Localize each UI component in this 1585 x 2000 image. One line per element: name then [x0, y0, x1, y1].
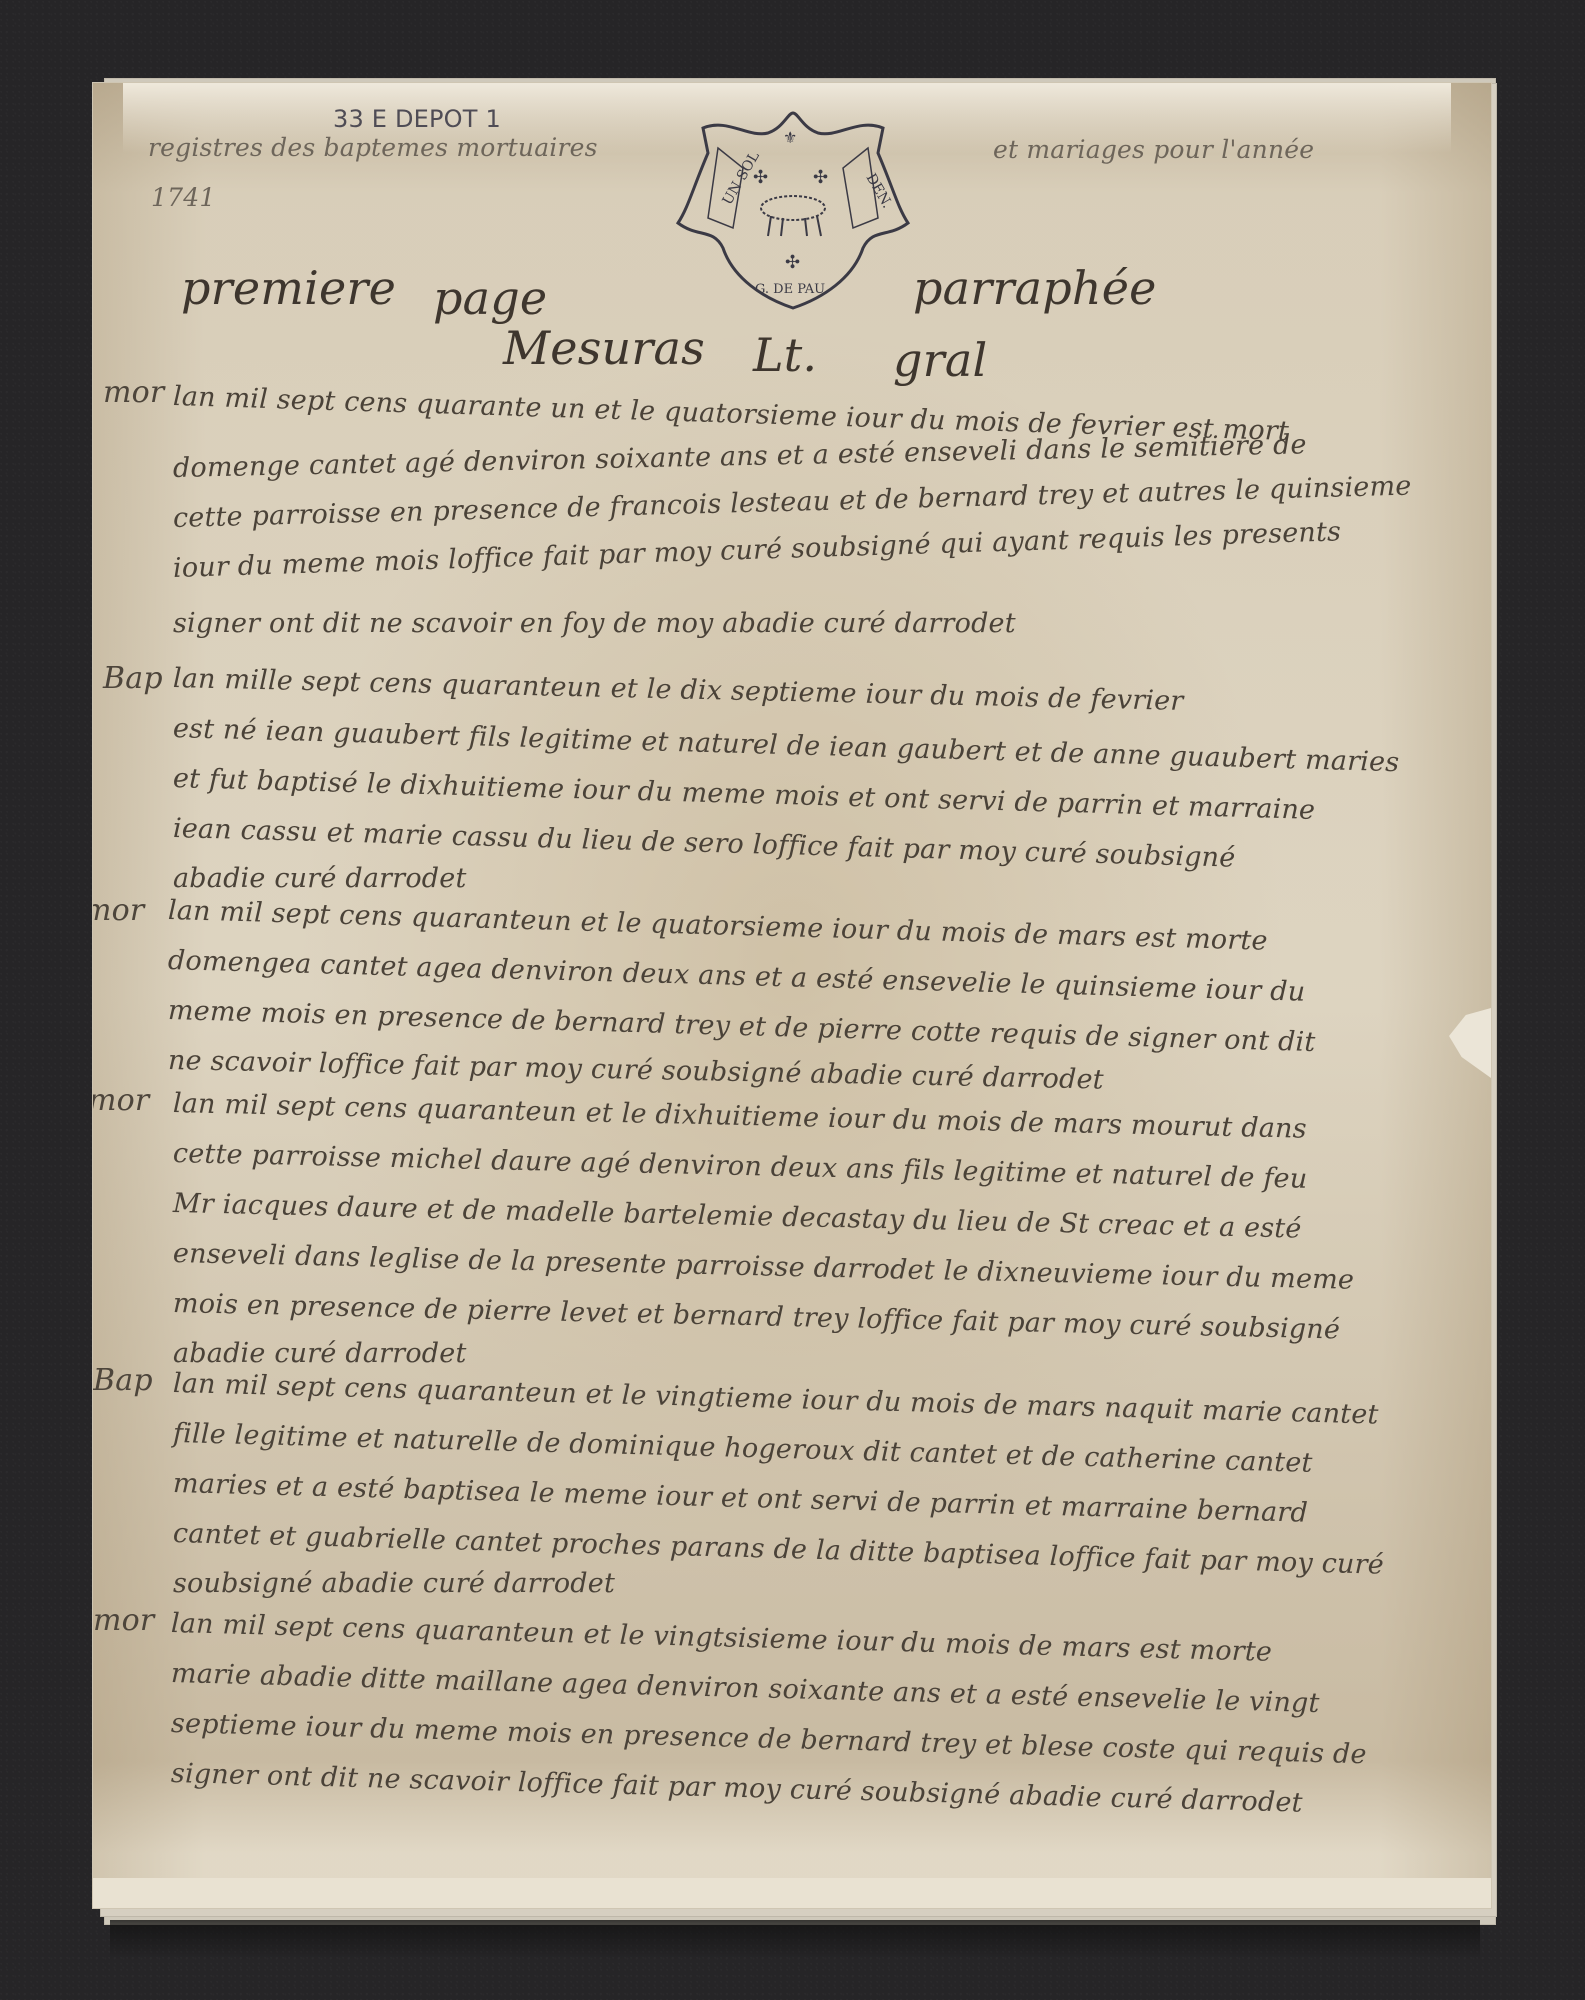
cow-coat-of-arms-seal-icon: UN SOL DEN. G. DE PAU ✣ ✣ ✣ ⚜	[673, 108, 913, 313]
margin-note: mor	[92, 1083, 149, 1118]
svg-text:✣: ✣	[813, 167, 828, 188]
title-signature-1: Mesuras	[503, 321, 705, 375]
catalog-stamp: 33 E DEPOT 1	[333, 105, 501, 133]
svg-text:✣: ✣	[785, 252, 800, 273]
svg-text:G. DE PAU: G. DE PAU	[755, 282, 825, 297]
margin-note: Bap	[93, 1363, 153, 1398]
svg-text:✣: ✣	[753, 167, 768, 188]
title-page: page	[433, 271, 547, 325]
svg-text:DEN.: DEN.	[863, 171, 895, 211]
title-signature-3: gral	[893, 333, 987, 387]
entry-line: abadie curé darrodet	[173, 1338, 467, 1369]
margin-note: mor	[92, 893, 144, 928]
header-year: 1741	[151, 183, 215, 212]
svg-text:⚜: ⚜	[783, 128, 797, 147]
margin-note: mor	[103, 375, 164, 410]
bottom-edge	[93, 1878, 1491, 1908]
title-signature-2: Lt.	[753, 328, 817, 382]
manuscript-page: registres des baptemes mortuaires 33 E D…	[92, 82, 1492, 1909]
entry-line: soubsigné abadie curé darrodet	[173, 1568, 615, 1599]
header-left: registres des baptemes mortuaires	[148, 133, 598, 162]
page-shadow	[110, 1920, 1480, 1960]
header-right: et mariages pour l'année	[993, 135, 1314, 164]
margin-note: mor	[93, 1603, 154, 1638]
title-parraphee: parraphée	[913, 261, 1157, 315]
title-premiere: premiere	[181, 261, 396, 315]
margin-note: Bap	[103, 661, 163, 696]
entry-line: signer ont dit ne scavoir en foy de moy …	[173, 608, 1016, 639]
entry-line: abadie curé darrodet	[173, 863, 467, 894]
